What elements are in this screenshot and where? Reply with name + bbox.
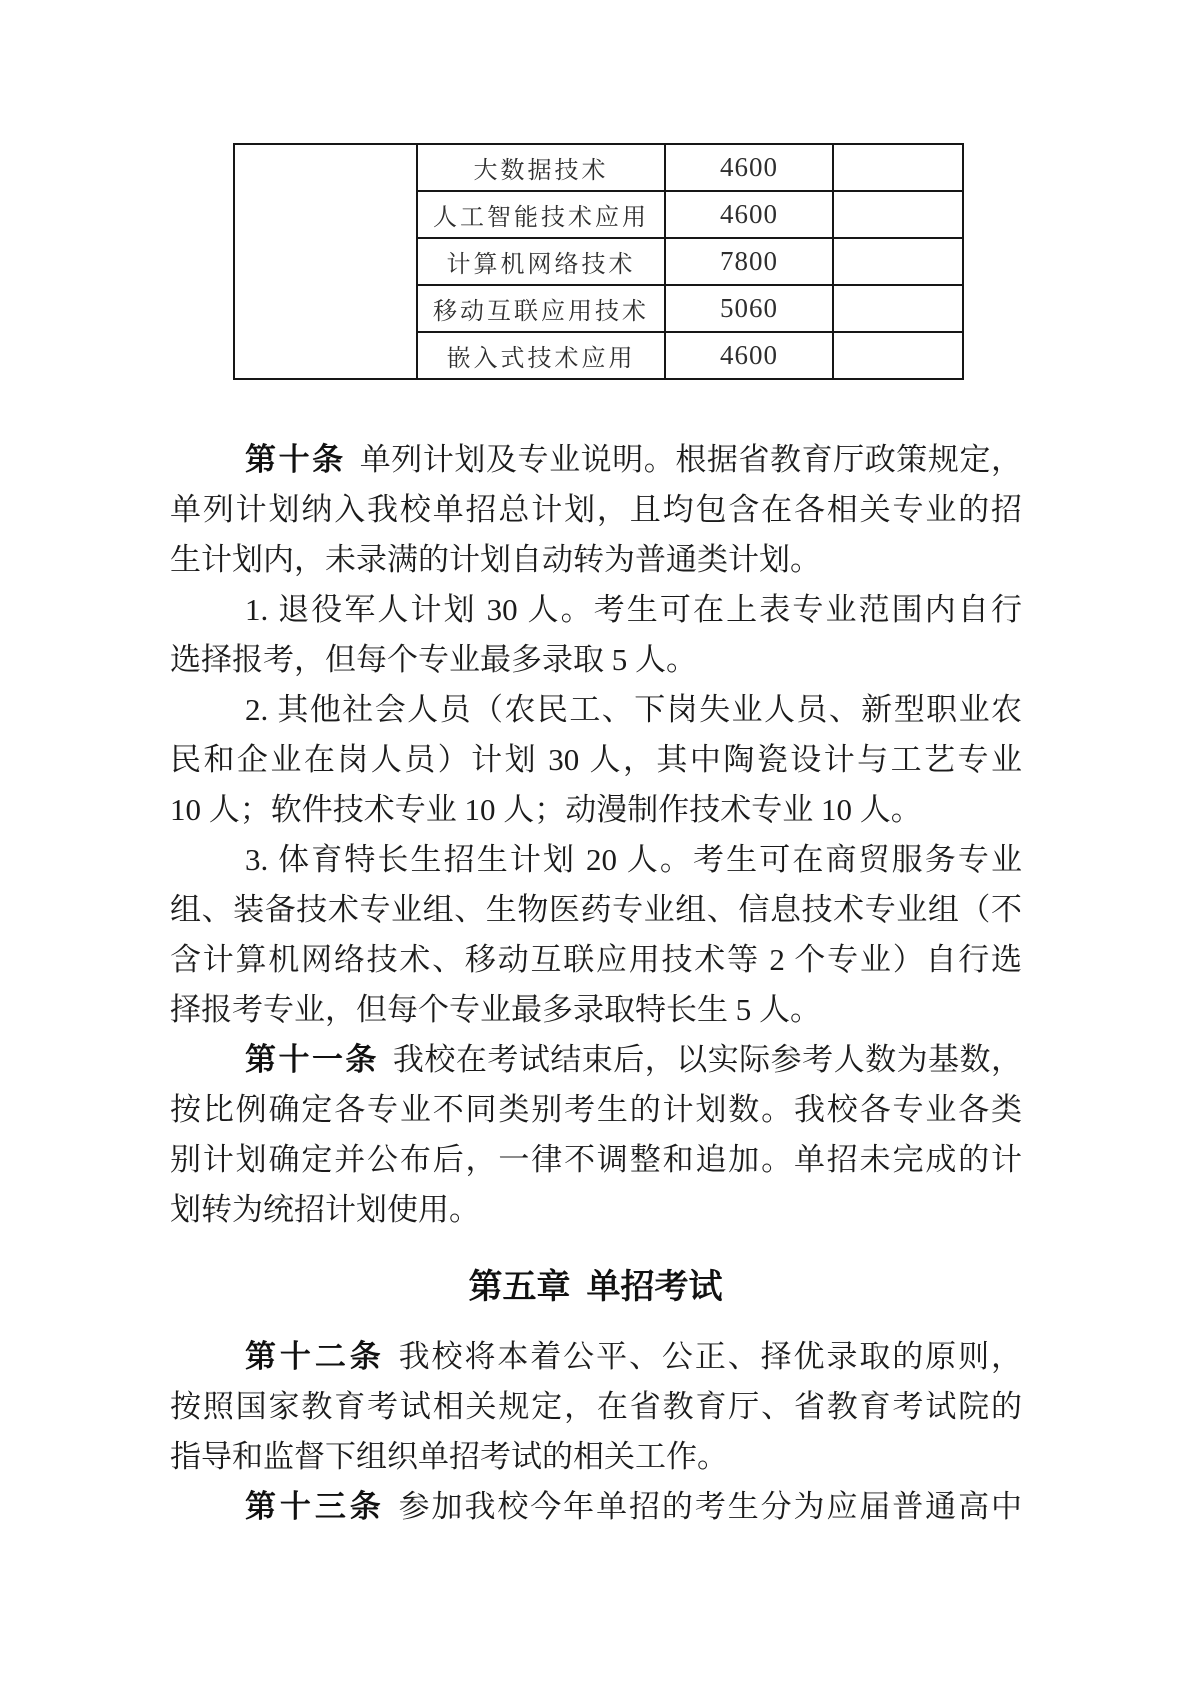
- major-cell: 大数据技术: [417, 144, 665, 191]
- text-line: 指导和监督下组织单招考试的相关工作。: [170, 1432, 1022, 1482]
- text-line: 划转为统招计划使用。: [170, 1185, 1022, 1235]
- text-line: 第十一条我校在考试结束后，以实际参考人数为基数，: [170, 1035, 1022, 1085]
- major-cell: 嵌入式技术应用: [417, 332, 665, 379]
- line-text: 按照国家教育考试相关规定，在省教育厅、省教育考试院的: [170, 1389, 1022, 1424]
- merged-group-cell: [234, 144, 417, 379]
- table-row: 大数据技术 4600: [234, 144, 963, 191]
- article-number-label: 第十三条: [245, 1489, 385, 1524]
- chapter-heading: 第五章单招考试: [0, 1262, 1191, 1312]
- text-line: 择报考专业，但每个专业最多录取特长生 5 人。: [170, 985, 1022, 1035]
- major-cell: 移动互联应用技术: [417, 285, 665, 332]
- line-text: 2. 其他社会人员（农民工、下岗失业人员、新型职业农: [245, 692, 1022, 727]
- note-cell: [833, 332, 963, 379]
- text-line: 按照国家教育考试相关规定，在省教育厅、省教育考试院的: [170, 1382, 1022, 1432]
- note-cell: [833, 144, 963, 191]
- article-number-label: 第十一条: [245, 1042, 379, 1077]
- text-line: 选择报考，但每个专业最多录取 5 人。: [170, 635, 1022, 685]
- chapter-number: 第五章: [469, 1268, 571, 1306]
- line-text: 生计划内，未录满的计划自动转为普通类计划。: [170, 542, 821, 577]
- line-text: 按比例确定各专业不同类别考生的计划数。我校各专业各类: [170, 1092, 1022, 1127]
- line-text: 选择报考，但每个专业最多录取 5 人。: [170, 642, 697, 677]
- tuition-cell: 4600: [665, 332, 833, 379]
- text-line: 含计算机网络技术、移动互联应用技术等 2 个专业）自行选: [170, 935, 1022, 985]
- chapter-title: 单招考试: [587, 1268, 723, 1306]
- note-cell: [833, 191, 963, 238]
- text-line: 组、装备技术专业组、生物医药专业组、信息技术专业组（不: [170, 885, 1022, 935]
- text-line: 别计划确定并公布后，一律不调整和追加。单招未完成的计: [170, 1135, 1022, 1185]
- text-line: 3. 体育特长生招生计划 20 人。考生可在商贸服务专业: [170, 835, 1022, 885]
- line-text: 10 人；软件技术专业 10 人；动漫制作技术专业 10 人。: [170, 792, 922, 827]
- line-text: 含计算机网络技术、移动互联应用技术等 2 个专业）自行选: [170, 942, 1022, 977]
- tuition-table: 大数据技术 4600 人工智能技术应用 4600 计算机网络技术 7800 移动…: [233, 143, 964, 380]
- major-cell: 人工智能技术应用: [417, 191, 665, 238]
- note-cell: [833, 285, 963, 332]
- line-text: 1. 退役军人计划 30 人。考生可在上表专业范围内自行: [245, 592, 1022, 627]
- text-line: 按比例确定各专业不同类别考生的计划数。我校各专业各类: [170, 1085, 1022, 1135]
- line-text: 别计划确定并公布后，一律不调整和追加。单招未完成的计: [170, 1142, 1022, 1177]
- line-text: 单列计划纳入我校单招总计划，且均包含在各相关专业的招: [170, 492, 1022, 527]
- tuition-cell: 4600: [665, 144, 833, 191]
- text-line: 第十二条我校将本着公平、公正、择优录取的原则，: [170, 1332, 1022, 1382]
- article-number-label: 第十条: [245, 442, 346, 477]
- article-number-label: 第十二条: [245, 1339, 385, 1374]
- article-text-block: 第十二条我校将本着公平、公正、择优录取的原则， 按照国家教育考试相关规定，在省教…: [170, 1332, 1022, 1532]
- line-text: 指导和监督下组织单招考试的相关工作。: [170, 1439, 728, 1474]
- tuition-cell: 4600: [665, 191, 833, 238]
- tuition-cell: 5060: [665, 285, 833, 332]
- text-line: 第十条单列计划及专业说明。根据省教育厅政策规定，: [170, 435, 1022, 485]
- document-page: 大数据技术 4600 人工智能技术应用 4600 计算机网络技术 7800 移动…: [0, 0, 1191, 1684]
- line-text: 划转为统招计划使用。: [170, 1192, 480, 1227]
- line-text: 民和企业在岗人员）计划 30 人，其中陶瓷设计与工艺专业: [170, 742, 1022, 777]
- text-line: 民和企业在岗人员）计划 30 人，其中陶瓷设计与工艺专业: [170, 735, 1022, 785]
- text-line: 第十三条参加我校今年单招的考生分为应届普通高中: [170, 1482, 1022, 1532]
- text-line: 单列计划纳入我校单招总计划，且均包含在各相关专业的招: [170, 485, 1022, 535]
- line-text: 我校在考试结束后，以实际参考人数为基数，: [393, 1042, 1022, 1077]
- tuition-cell: 7800: [665, 238, 833, 285]
- line-text: 单列计划及专业说明。根据省教育厅政策规定，: [360, 442, 1022, 477]
- line-text: 我校将本着公平、公正、择优录取的原则，: [399, 1339, 1022, 1374]
- line-text: 组、装备技术专业组、生物医药专业组、信息技术专业组（不: [170, 892, 1022, 927]
- note-cell: [833, 238, 963, 285]
- text-line: 2. 其他社会人员（农民工、下岗失业人员、新型职业农: [170, 685, 1022, 735]
- article-text-block: 第十条单列计划及专业说明。根据省教育厅政策规定， 单列计划纳入我校单招总计划，且…: [170, 435, 1022, 1235]
- line-text: 3. 体育特长生招生计划 20 人。考生可在商贸服务专业: [245, 842, 1022, 877]
- major-cell: 计算机网络技术: [417, 238, 665, 285]
- text-line: 生计划内，未录满的计划自动转为普通类计划。: [170, 535, 1022, 585]
- text-line: 10 人；软件技术专业 10 人；动漫制作技术专业 10 人。: [170, 785, 1022, 835]
- line-text: 择报考专业，但每个专业最多录取特长生 5 人。: [170, 992, 821, 1027]
- line-text: 参加我校今年单招的考生分为应届普通高中: [399, 1489, 1022, 1524]
- text-line: 1. 退役军人计划 30 人。考生可在上表专业范围内自行: [170, 585, 1022, 635]
